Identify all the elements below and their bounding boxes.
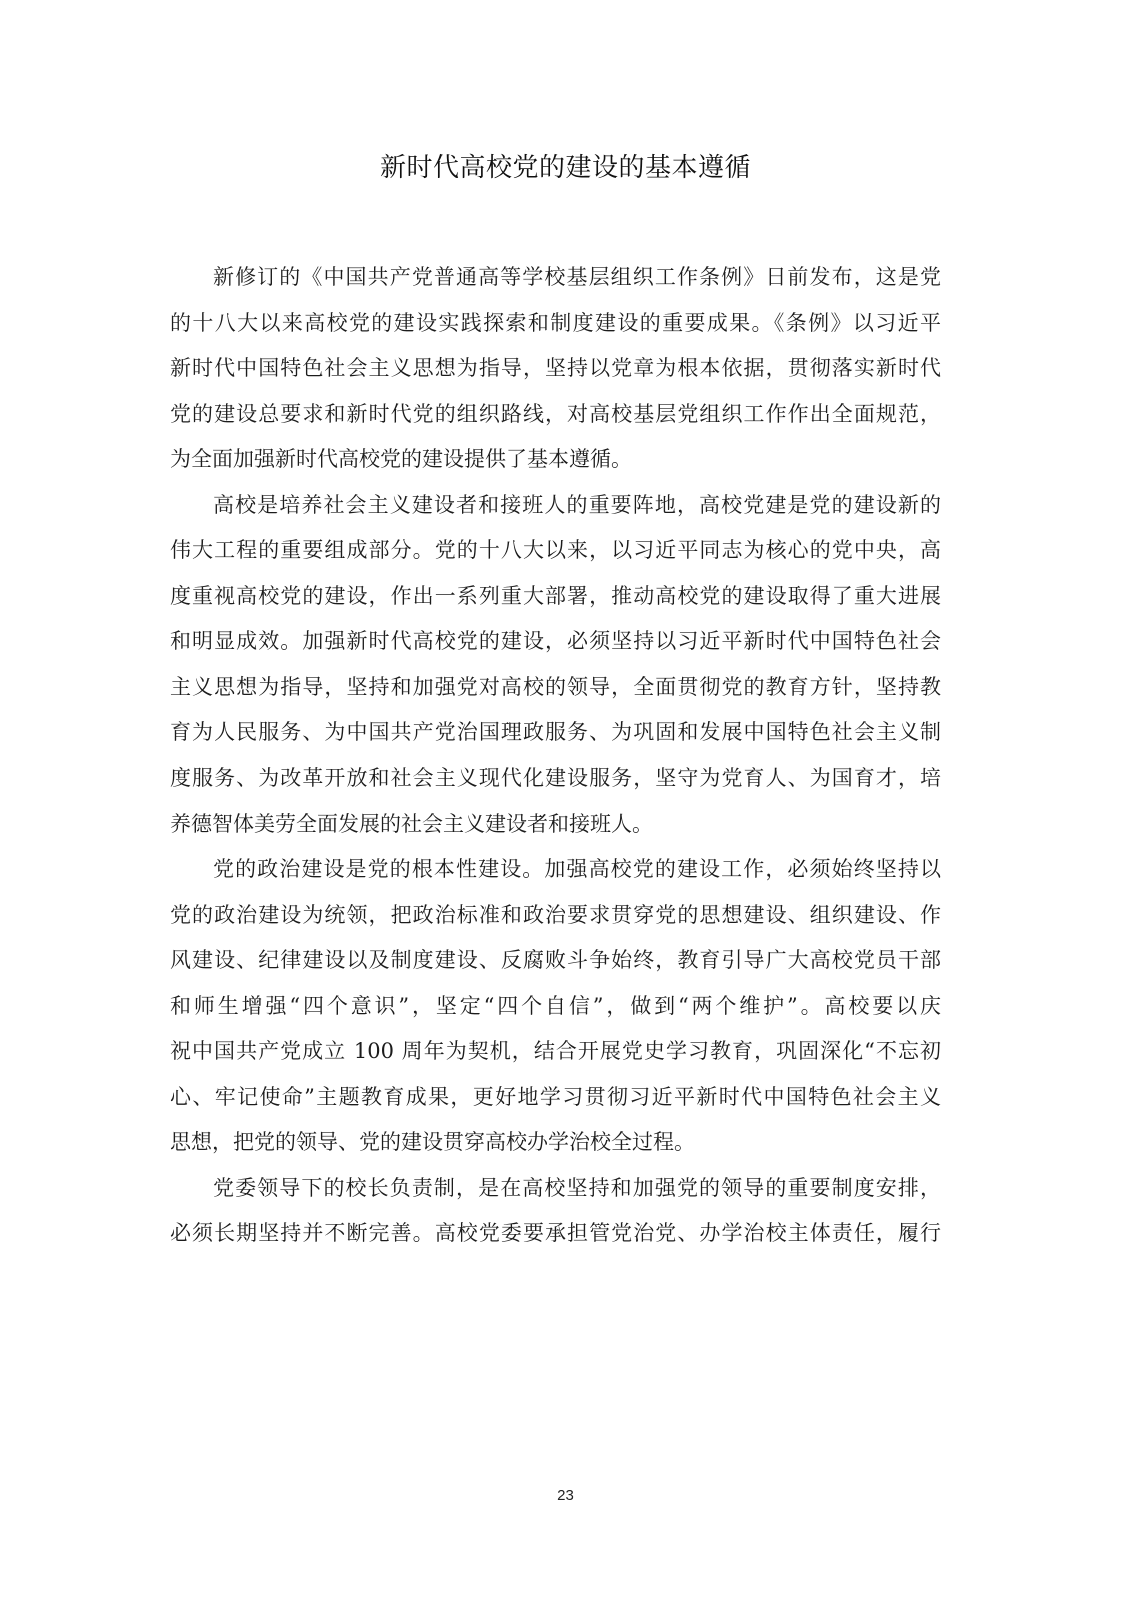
- paragraph-2-line-4: 和明显成效。加强新时代高校党的建设，必须坚持以习近平新时代中国特色社会: [170, 619, 941, 665]
- paragraph-3-line-6: 心、牢记使命”主题教育成果，更好地学习贯彻习近平新时代中国特色社会主义: [170, 1075, 941, 1121]
- paragraph-3-line-1: 党的政治建设是党的根本性建设。加强高校党的建设工作，必须始终坚持以: [170, 847, 941, 893]
- paragraph-1-line-2: 的十八大以来高校党的建设实践探索和制度建设的重要成果。《条例》以习近平: [170, 301, 941, 347]
- page-number: 23: [0, 1486, 1131, 1506]
- document-body: 新修订的《中国共产党普通高等学校基层组织工作条例》日前发布，这是党 的十八大以来…: [170, 255, 941, 1257]
- paragraph-3-line-5: 祝中国共产党成立 100 周年为契机，结合开展党史学习教育，巩固深化“不忘初: [170, 1029, 941, 1075]
- paragraph-4-line-2: 必须长期坚持并不断完善。高校党委要承担管党治党、办学治校主体责任，履行: [170, 1211, 941, 1257]
- paragraph-2-line-2: 伟大工程的重要组成部分。党的十八大以来，以习近平同志为核心的党中央，高: [170, 528, 941, 574]
- page-title: 新时代高校党的建设的基本遵循: [0, 148, 1131, 188]
- paragraph-3-line-7: 思想，把党的领导、党的建设贯穿高校办学治校全过程。: [170, 1120, 941, 1166]
- paragraph-1-line-4: 党的建设总要求和新时代党的组织路线，对高校基层党组织工作作出全面规范，: [170, 392, 941, 438]
- document-page: 新时代高校党的建设的基本遵循 新修订的《中国共产党普通高等学校基层组织工作条例》…: [0, 0, 1131, 1600]
- paragraph-2-line-6: 育为人民服务、为中国共产党治国理政服务、为巩固和发展中国特色社会主义制: [170, 710, 941, 756]
- paragraph-1-line-3: 新时代中国特色社会主义思想为指导，坚持以党章为根本依据，贯彻落实新时代: [170, 346, 941, 392]
- paragraph-4-line-1: 党委领导下的校长负责制，是在高校坚持和加强党的领导的重要制度安排，: [170, 1166, 941, 1212]
- paragraph-2-line-5: 主义思想为指导，坚持和加强党对高校的领导，全面贯彻党的教育方针，坚持教: [170, 665, 941, 711]
- paragraph-2-line-8: 养德智体美劳全面发展的社会主义建设者和接班人。: [170, 802, 941, 848]
- paragraph-3-line-3: 风建设、纪律建设以及制度建设、反腐败斗争始终，教育引导广大高校党员干部: [170, 938, 941, 984]
- paragraph-1-line-5: 为全面加强新时代高校党的建设提供了基本遵循。: [170, 437, 941, 483]
- paragraph-1-line-1: 新修订的《中国共产党普通高等学校基层组织工作条例》日前发布，这是党: [170, 255, 941, 301]
- paragraph-2-line-3: 度重视高校党的建设，作出一系列重大部署，推动高校党的建设取得了重大进展: [170, 574, 941, 620]
- paragraph-3-line-4: 和师生增强“四个意识”，坚定“四个自信”，做到“两个维护”。高校要以庆: [170, 984, 941, 1030]
- paragraph-3-line-2: 党的政治建设为统领，把政治标准和政治要求贯穿党的思想建设、组织建设、作: [170, 893, 941, 939]
- paragraph-2-line-7: 度服务、为改革开放和社会主义现代化建设服务，坚守为党育人、为国育才，培: [170, 756, 941, 802]
- paragraph-2-line-1: 高校是培养社会主义建设者和接班人的重要阵地，高校党建是党的建设新的: [170, 483, 941, 529]
